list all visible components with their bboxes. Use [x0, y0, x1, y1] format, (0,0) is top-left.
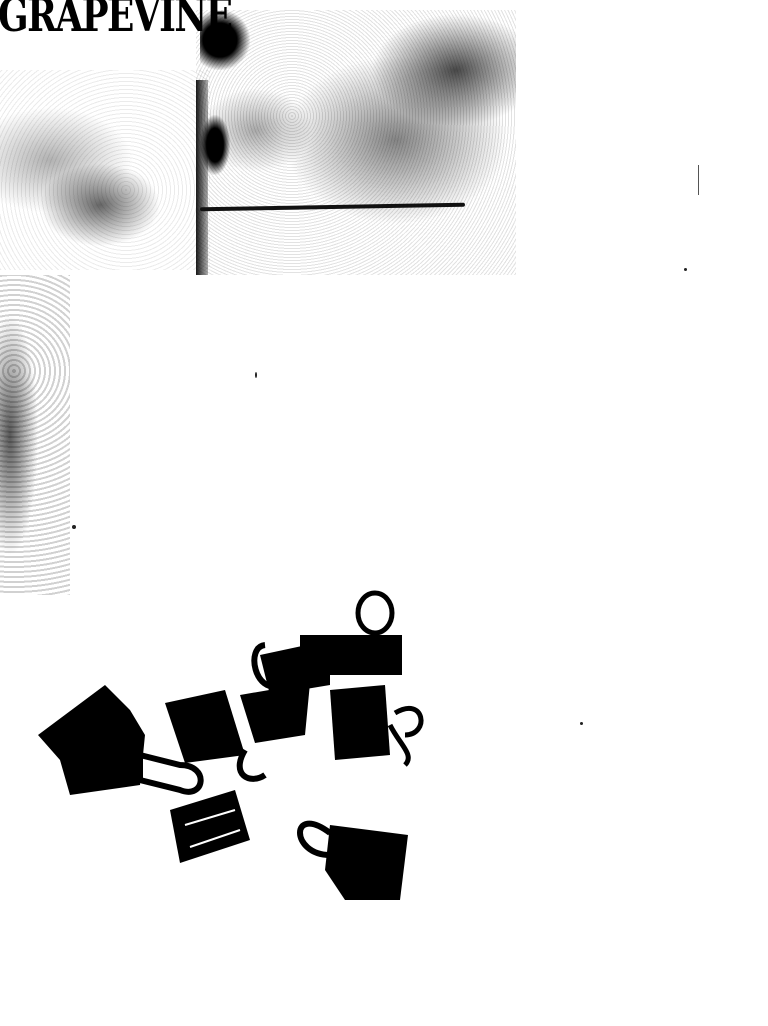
binder-clip-icon	[330, 685, 421, 765]
poster-canvas: GRAPEVINE	[0, 0, 768, 1026]
grunge-smudge-left	[0, 70, 210, 270]
crack-line	[200, 203, 465, 212]
speck	[255, 372, 257, 378]
grunge-strip-left	[0, 275, 70, 595]
scratch	[698, 165, 699, 195]
poster-title: GRAPEVINE	[0, 0, 231, 38]
binder-clip-icon	[170, 790, 250, 863]
speck	[580, 722, 583, 725]
speck	[72, 525, 76, 529]
grunge-panel-edge	[196, 80, 208, 275]
ink-blob-mid	[200, 115, 230, 175]
binder-clip-icon	[254, 593, 402, 695]
binder-clip-icon	[300, 824, 408, 900]
grunge-panel	[196, 10, 516, 275]
binder-clips-illustration	[30, 585, 440, 910]
speck	[684, 268, 687, 271]
